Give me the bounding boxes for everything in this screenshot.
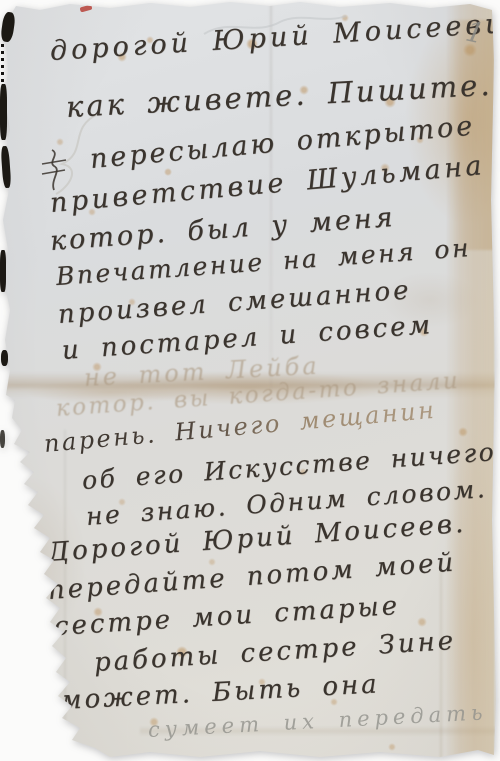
letter-scan: дорогой Юрий Моисеевич как живете. Пишит… [0,0,500,761]
vertical-fold-crease-right [440,560,442,760]
torn-edge-fragment [0,250,6,292]
perforated-edge-dots [1,44,4,84]
crossed-out-scribble [38,146,68,196]
torn-edge-fragment [1,350,8,366]
torn-edge-fragment [0,430,5,448]
torn-edge-fragment [0,84,7,140]
letter-paper: дорогой Юрий Моисеевич как живете. Пишит… [0,0,500,761]
red-ink-mark [80,5,93,13]
paper-surface: дорогой Юрий Моисеевич как живете. Пишит… [0,0,500,761]
